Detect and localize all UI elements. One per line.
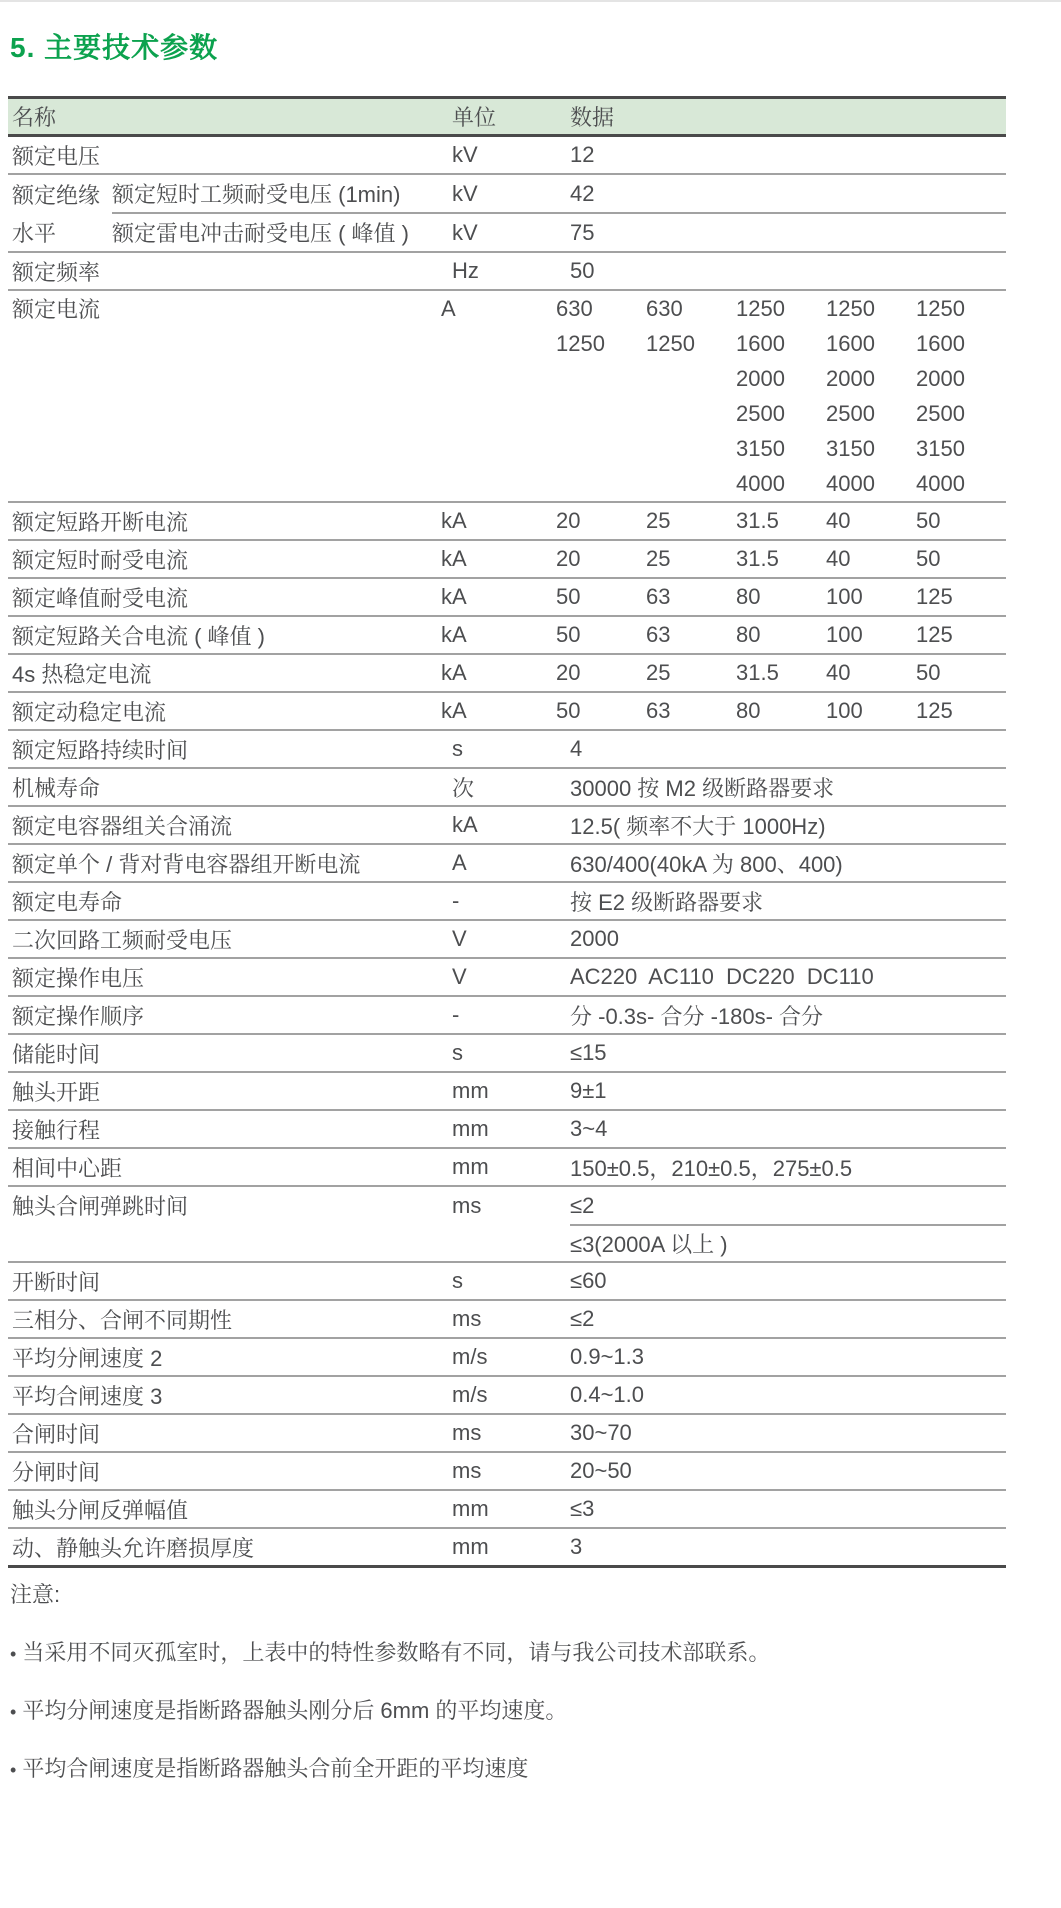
name-cell: 额定操作顺序	[8, 997, 452, 1033]
table-row: 额定操作电压VAC220 AC110 DC220 DC110	[8, 959, 1006, 997]
data-col: 50	[916, 508, 1006, 534]
data-col: 1250	[736, 296, 826, 322]
data-line: 400040004000	[556, 466, 1006, 501]
data-cell: 506380100125	[556, 693, 1006, 729]
unit-cell: mm	[452, 1529, 570, 1565]
note-line: • 平均合闸速度是指断路器触头合前全开距的平均速度	[10, 1757, 770, 1782]
name-cell: 三相分、合闸不同期性	[8, 1301, 452, 1337]
table-row: 额定电寿命-按 E2 级断路器要求	[8, 883, 1006, 921]
name-cell: 分闸时间	[8, 1453, 452, 1489]
data-col: 31.5	[736, 660, 826, 686]
data-cell: 3~4	[570, 1111, 1006, 1147]
name-cell: 动、静触头允许磨损厚度	[8, 1529, 452, 1565]
data-col: 4000	[916, 471, 1006, 497]
row-group-label-line: 额定绝缘	[12, 175, 112, 213]
row-group-body: 额定短时工频耐受电压 (1min)kV42额定雷电冲击耐受电压 ( 峰值 )kV…	[112, 175, 1006, 251]
data-cell: 6306301250125012501250125016001600160020…	[556, 291, 1006, 501]
note-text: 当采用不同灭孤室时，上表中的特性参数略有不同，请与我公司技术部联系。	[22, 1641, 770, 1665]
data-cell: ≤2≤3(2000A 以上 )	[570, 1187, 1006, 1261]
data-col: 1250	[556, 331, 646, 357]
data-cell: 4	[570, 731, 1006, 767]
name-cell: 额定电寿命	[8, 883, 452, 919]
unit-cell: 次	[452, 769, 570, 805]
data-col: 25	[646, 546, 736, 572]
data-col: 1600	[916, 331, 1006, 357]
header-unit: 单位	[452, 101, 570, 132]
name-cell: 触头开距	[8, 1073, 452, 1109]
table-row: 额定动稳定电流kA506380100125	[8, 693, 1006, 731]
data-line: 315031503150	[556, 431, 1006, 466]
data-col: 20	[556, 660, 646, 686]
data-col: 1600	[826, 331, 916, 357]
data-cell: 2000	[570, 921, 1006, 957]
data-cell: 202531.54050	[556, 503, 1006, 539]
data-cell: 3	[570, 1529, 1006, 1565]
unit-cell: kA	[441, 503, 556, 539]
bullet-icon: •	[10, 1758, 16, 1782]
unit-cell: ms	[452, 1301, 570, 1337]
name-cell: 合闸时间	[8, 1415, 452, 1451]
data-col: 80	[736, 584, 826, 610]
data-col: 25	[646, 508, 736, 534]
data-cell: ≤15	[570, 1035, 1006, 1071]
data-col: 1250	[646, 331, 736, 357]
name-cell: 4s 热稳定电流	[8, 655, 441, 691]
table-row: 额定频率Hz50	[8, 253, 1006, 291]
unit-cell: mm	[452, 1073, 570, 1109]
data-col: 50	[556, 698, 646, 724]
page-title: 5. 主要技术参数	[10, 26, 218, 66]
table-row: 机械寿命次30000 按 M2 级断路器要求	[8, 769, 1006, 807]
table-row: 二次回路工频耐受电压V2000	[8, 921, 1006, 959]
data-cell: 20~50	[570, 1453, 1006, 1489]
table-subrow: 额定雷电冲击耐受电压 ( 峰值 )kV75	[112, 212, 1006, 251]
bullet-icon: •	[10, 1700, 16, 1724]
unit-cell: kV	[452, 175, 570, 212]
table-row: 接触行程mm3~4	[8, 1111, 1006, 1149]
table-row: 动、静触头允许磨损厚度mm3	[8, 1529, 1006, 1565]
unit-cell: s	[452, 1035, 570, 1071]
header-data: 数据	[570, 101, 1006, 132]
table-row: 合闸时间ms30~70	[8, 1415, 1006, 1453]
data-col: 2500	[826, 401, 916, 427]
data-col: 125	[916, 584, 1006, 610]
data-cell: ≤3	[570, 1491, 1006, 1527]
name-cell: 额定短路持续时间	[8, 731, 452, 767]
name-cell: 接触行程	[8, 1111, 452, 1147]
name-cell: 平均合闸速度 3	[8, 1377, 452, 1413]
table-row: 平均分闸速度 2m/s0.9~1.3	[8, 1339, 1006, 1377]
data-col: 63	[646, 698, 736, 724]
unit-cell: mm	[452, 1149, 570, 1185]
name-cell: 触头分闸反弹幅值	[8, 1491, 452, 1527]
data-col: 31.5	[736, 508, 826, 534]
table-row: 触头分闸反弹幅值mm≤3	[8, 1491, 1006, 1529]
data-cell: 9±1	[570, 1073, 1006, 1109]
data-cell: ≤2	[570, 1301, 1006, 1337]
header-name: 名称	[8, 101, 452, 132]
data-col: 50	[556, 622, 646, 648]
row-group-label: 额定绝缘水平	[8, 175, 112, 251]
data-line: ≤3(2000A 以上 )	[570, 1224, 1006, 1261]
table-row: 额定单个 / 背对背电容器组开断电流A630/400(40kA 为 800、40…	[8, 845, 1006, 883]
table-row: 额定电压kV12	[8, 137, 1006, 175]
name-cell: 额定峰值耐受电流	[8, 579, 441, 615]
data-col: 3150	[736, 436, 826, 462]
table-row: 额定短时耐受电流kA202531.54050	[8, 541, 1006, 579]
data-col: 4000	[736, 471, 826, 497]
unit-cell: s	[452, 1263, 570, 1299]
table-header-row: 名称 单位 数据	[8, 99, 1006, 137]
name-cell: 额定短路开断电流	[8, 503, 441, 539]
data-cell: 按 E2 级断路器要求	[570, 883, 1006, 919]
data-line: 250025002500	[556, 396, 1006, 431]
data-col: 25	[646, 660, 736, 686]
data-cell: 506380100125	[556, 579, 1006, 615]
data-cell: 42	[570, 175, 1006, 212]
data-cell: 50	[570, 253, 1006, 289]
unit-cell: kA	[441, 693, 556, 729]
table-rows: 额定电压kV12额定绝缘水平额定短时工频耐受电压 (1min)kV42额定雷电冲…	[8, 137, 1006, 1565]
data-line: 12501250160016001600	[556, 326, 1006, 361]
unit-cell: kA	[452, 807, 570, 843]
data-col: 31.5	[736, 546, 826, 572]
data-col: 100	[826, 584, 916, 610]
name-cell: 额定单个 / 背对背电容器组开断电流	[8, 845, 452, 881]
data-cell: 0.4~1.0	[570, 1377, 1006, 1413]
name-cell: 额定频率	[8, 253, 452, 289]
data-col: 1250	[826, 296, 916, 322]
table-row: 额定电容器组关合涌流kA12.5( 频率不大于 1000Hz)	[8, 807, 1006, 845]
unit-cell: V	[452, 959, 570, 995]
table-row: 三相分、合闸不同期性ms≤2	[8, 1301, 1006, 1339]
table-row: 分闸时间ms20~50	[8, 1453, 1006, 1491]
data-col: 80	[736, 622, 826, 648]
data-cell: 30000 按 M2 级断路器要求	[570, 769, 1006, 805]
unit-cell: kA	[441, 579, 556, 615]
data-col: 40	[826, 660, 916, 686]
data-cell: 分 -0.3s- 合分 -180s- 合分	[570, 997, 1006, 1033]
name-cell: 开断时间	[8, 1263, 452, 1299]
unit-cell: A	[452, 845, 570, 881]
table-subrow: 额定短时工频耐受电压 (1min)kV42	[112, 175, 1006, 212]
table-row: 额定短路开断电流kA202531.54050	[8, 503, 1006, 541]
name-cell: 额定雷电冲击耐受电压 ( 峰值 )	[112, 214, 452, 251]
notes-section: 注意: • 当采用不同灭孤室时，上表中的特性参数略有不同，请与我公司技术部联系。…	[10, 1583, 770, 1815]
data-cell: 0.9~1.3	[570, 1339, 1006, 1375]
name-cell: 额定短路关合电流 ( 峰值 )	[8, 617, 441, 653]
name-cell: 额定电流	[8, 291, 441, 326]
data-col: 630	[646, 296, 736, 322]
data-col: 63	[646, 584, 736, 610]
data-col: 2500	[736, 401, 826, 427]
data-cell: 30~70	[570, 1415, 1006, 1451]
data-cell: 150±0.5，210±0.5，275±0.5	[570, 1149, 1006, 1185]
note-text: 平均合闸速度是指断路器触头合前全开距的平均速度	[22, 1757, 528, 1781]
data-col: 40	[826, 508, 916, 534]
bullet-icon: •	[10, 1642, 16, 1666]
data-col: 3150	[916, 436, 1006, 462]
unit-cell: mm	[452, 1491, 570, 1527]
note-text: 平均分闸速度是指断路器触头刚分后 6mm 的平均速度。	[22, 1699, 567, 1723]
name-cell: 储能时间	[8, 1035, 452, 1071]
data-cell: 630/400(40kA 为 800、400)	[570, 845, 1006, 881]
table-row: 相间中心距mm150±0.5，210±0.5，275±0.5	[8, 1149, 1006, 1187]
data-col: 20	[556, 546, 646, 572]
name-cell: 机械寿命	[8, 769, 452, 805]
data-col: 125	[916, 622, 1006, 648]
unit-cell: Hz	[452, 253, 570, 289]
unit-cell: ms	[452, 1453, 570, 1489]
unit-cell: kA	[441, 541, 556, 577]
data-col: 50	[916, 546, 1006, 572]
name-cell: 额定短时耐受电流	[8, 541, 441, 577]
table-row: 平均合闸速度 3m/s0.4~1.0	[8, 1377, 1006, 1415]
name-cell: 额定电压	[8, 137, 452, 173]
name-cell: 额定短时工频耐受电压 (1min)	[112, 175, 452, 212]
unit-cell: kV	[452, 137, 570, 173]
unit-cell: ms	[452, 1187, 570, 1224]
row-group-label-line: 水平	[12, 213, 112, 251]
data-col: 100	[826, 622, 916, 648]
unit-cell: m/s	[452, 1339, 570, 1375]
name-cell: 额定动稳定电流	[8, 693, 441, 729]
unit-cell: A	[441, 291, 556, 326]
tech-table: 名称 单位 数据 额定电压kV12额定绝缘水平额定短时工频耐受电压 (1min)…	[8, 96, 1006, 1568]
data-col: 2000	[826, 366, 916, 392]
unit-cell: kA	[441, 655, 556, 691]
unit-cell: mm	[452, 1111, 570, 1147]
unit-cell: kV	[452, 214, 570, 251]
data-col: 4000	[826, 471, 916, 497]
table-row: 额定操作顺序-分 -0.3s- 合分 -180s- 合分	[8, 997, 1006, 1035]
data-cell: 75	[570, 214, 1006, 251]
data-line: ≤2	[570, 1187, 1006, 1224]
data-col: 1600	[736, 331, 826, 357]
data-col: 2000	[916, 366, 1006, 392]
table-row: 额定绝缘水平额定短时工频耐受电压 (1min)kV42额定雷电冲击耐受电压 ( …	[8, 175, 1006, 253]
data-col: 80	[736, 698, 826, 724]
data-col: 50	[556, 584, 646, 610]
data-cell: ≤60	[570, 1263, 1006, 1299]
data-cell: 202531.54050	[556, 655, 1006, 691]
data-line: 630630125012501250	[556, 291, 1006, 326]
data-col: 63	[646, 622, 736, 648]
table-row: 4s 热稳定电流kA202531.54050	[8, 655, 1006, 693]
data-cell: 12	[570, 137, 1006, 173]
data-cell: AC220 AC110 DC220 DC110	[570, 959, 1006, 995]
data-cell: 506380100125	[556, 617, 1006, 653]
table-row: 开断时间s≤60	[8, 1263, 1006, 1301]
name-cell: 额定操作电压	[8, 959, 452, 995]
data-col: 50	[916, 660, 1006, 686]
name-cell: 相间中心距	[8, 1149, 452, 1185]
data-col: 3150	[826, 436, 916, 462]
top-divider	[0, 0, 1061, 2]
table-row: 触头开距mm9±1	[8, 1073, 1006, 1111]
data-col: 20	[556, 508, 646, 534]
unit-cell: ms	[452, 1415, 570, 1451]
table-row: 额定短路持续时间s4	[8, 731, 1006, 769]
data-col: 100	[826, 698, 916, 724]
table-row: 额定短路关合电流 ( 峰值 )kA506380100125	[8, 617, 1006, 655]
data-col: 2000	[736, 366, 826, 392]
unit-cell: V	[452, 921, 570, 957]
name-cell: 二次回路工频耐受电压	[8, 921, 452, 957]
notes-title: 注意:	[10, 1583, 770, 1607]
data-col: 1250	[916, 296, 1006, 322]
note-line: • 当采用不同灭孤室时，上表中的特性参数略有不同，请与我公司技术部联系。	[10, 1641, 770, 1666]
table-row: 触头合闸弹跳时间ms≤2≤3(2000A 以上 )	[8, 1187, 1006, 1263]
data-col: 40	[826, 546, 916, 572]
name-cell: 平均分闸速度 2	[8, 1339, 452, 1375]
note-line: • 平均分闸速度是指断路器触头刚分后 6mm 的平均速度。	[10, 1699, 770, 1724]
unit-cell: kA	[441, 617, 556, 653]
unit-cell: m/s	[452, 1377, 570, 1413]
name-cell: 额定电容器组关合涌流	[8, 807, 452, 843]
name-cell: 触头合闸弹跳时间	[8, 1187, 452, 1224]
data-cell: 202531.54050	[556, 541, 1006, 577]
table-row: 额定峰值耐受电流kA506380100125	[8, 579, 1006, 617]
unit-cell: -	[452, 883, 570, 919]
table-row: 储能时间s≤15	[8, 1035, 1006, 1073]
unit-cell: s	[452, 731, 570, 767]
unit-cell: -	[452, 997, 570, 1033]
data-cell: 12.5( 频率不大于 1000Hz)	[570, 807, 1006, 843]
data-line: 200020002000	[556, 361, 1006, 396]
table-row: 额定电流A63063012501250125012501250160016001…	[8, 291, 1006, 503]
data-col: 125	[916, 698, 1006, 724]
data-col: 630	[556, 296, 646, 322]
data-col: 2500	[916, 401, 1006, 427]
